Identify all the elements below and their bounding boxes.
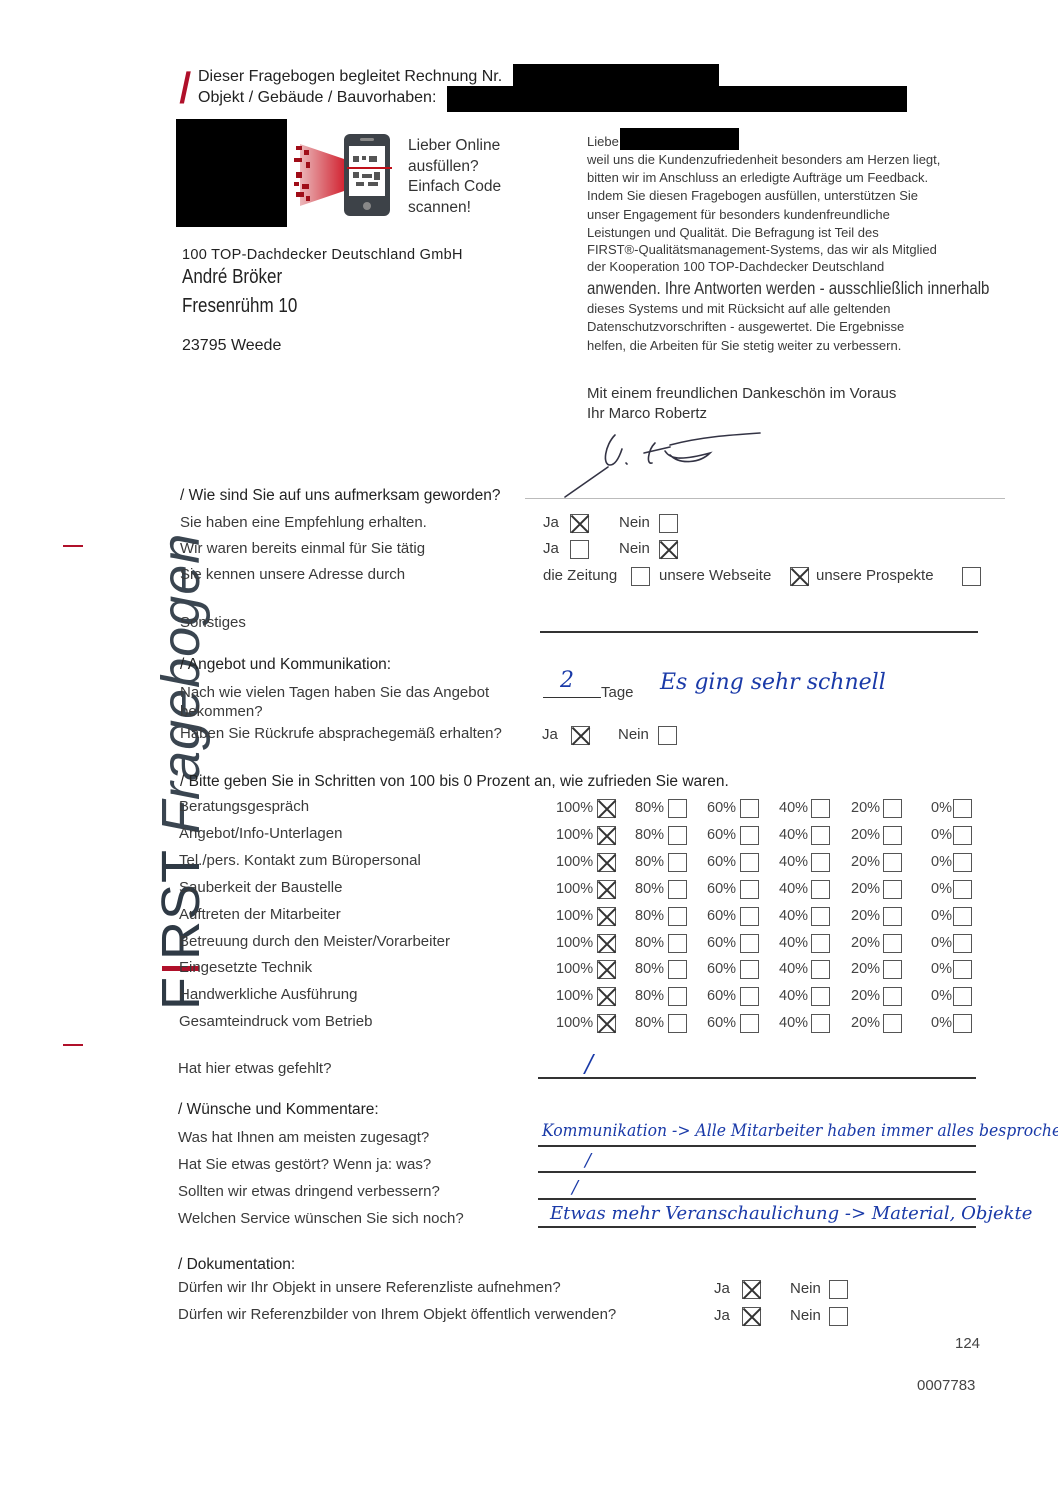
q-callback-ja-label: Ja [542, 726, 558, 743]
rating-checkbox[interactable] [883, 960, 902, 979]
rating-scale-label: 60% [707, 881, 736, 897]
letter-line: der Kooperation 100 TOP-Dachdecker Deuts… [587, 258, 997, 276]
rating-scale-label: 80% [635, 961, 664, 977]
rating-scale-label: 100% [556, 1015, 593, 1031]
rating-checkbox[interactable] [883, 907, 902, 926]
q-improve-label: Sollten wir etwas dringend verbessern? [178, 1183, 440, 1200]
rating-scale-label: 100% [556, 935, 593, 951]
q-reference-list-nein-label: Nein [790, 1280, 821, 1297]
rating-scale-label: 60% [707, 800, 736, 816]
rating-scale-label: 0% [931, 854, 952, 870]
rating-scale-label: 0% [931, 800, 952, 816]
rating-scale-label: 100% [556, 827, 593, 843]
rating-scale-label: 0% [931, 988, 952, 1004]
letter-line: helfen, die Arbeiten für Sie stetig weit… [587, 337, 997, 355]
q-callback-ja-checkbox[interactable] [571, 726, 590, 745]
section-title-rating: / Bitte geben Sie in Schritten von 100 b… [180, 773, 729, 791]
rating-scale-label: 0% [931, 961, 952, 977]
rating-row-label: Auftreten der Mitarbeiter [179, 906, 341, 923]
rating-scale-label: 40% [779, 881, 808, 897]
offer-days-comment: Es ging sehr schnell [660, 670, 886, 695]
rating-scale-label: 80% [635, 1015, 664, 1031]
offer-days-input-line [543, 697, 601, 698]
q-recommendation-label: Sie haben eine Empfehlung erhalten. [180, 514, 427, 531]
rating-checkbox[interactable] [883, 934, 902, 953]
q-reference-images-ja-label: Ja [714, 1307, 730, 1324]
rating-scale-label: 60% [707, 961, 736, 977]
sidebar-marker-top [63, 545, 83, 547]
rating-scale-label: 0% [931, 881, 952, 897]
rating-checkbox[interactable] [740, 960, 759, 979]
rating-checkbox[interactable] [953, 960, 972, 979]
q-disturbed-value[interactable]: / [585, 1150, 591, 1171]
rating-checkbox[interactable] [597, 987, 616, 1006]
q-liked-label: Was hat Ihnen am meisten zugesagt? [178, 1129, 429, 1146]
document-number: 0007783 [917, 1377, 975, 1394]
rating-checkbox[interactable] [668, 960, 687, 979]
rating-checkbox[interactable] [740, 826, 759, 845]
rating-checkbox[interactable] [953, 826, 972, 845]
rating-scale-label: 60% [707, 935, 736, 951]
q-service-label: Welchen Service wünschen Sie sich noch? [178, 1210, 464, 1227]
q-prior-work-ja-label: Ja [543, 540, 559, 557]
offer-days-unit: Tage [601, 684, 634, 701]
q-reference-list-label: Dürfen wir Ihr Objekt in unsere Referenz… [178, 1279, 561, 1296]
rating-checkbox[interactable] [668, 907, 687, 926]
rating-checkbox[interactable] [740, 853, 759, 872]
recipient-street: Fresenrühm 10 [182, 295, 297, 318]
rating-scale-label: 40% [779, 935, 808, 951]
rating-scale-label: 40% [779, 827, 808, 843]
q-callback-label: Haben Sie Rückrufe absprachegemäß erhalt… [180, 725, 502, 742]
rating-row-label: Betreuung durch den Meister/Vorarbeiter [179, 933, 450, 950]
rating-scale-label: 20% [851, 854, 880, 870]
rating-scale-label: 60% [707, 827, 736, 843]
rating-row-label: Handwerkliche Ausführung [179, 986, 357, 1003]
q-offer-days-label: Nach wie vielen Tagen haben Sie das Ange… [180, 683, 530, 721]
rating-checkbox[interactable] [953, 853, 972, 872]
rating-checkbox[interactable] [953, 1014, 972, 1033]
service-input-line [538, 1226, 976, 1228]
page-number: 124 [955, 1335, 980, 1352]
q-callback-nein-checkbox[interactable] [658, 726, 677, 745]
rating-scale-label: 20% [851, 935, 880, 951]
q-prior-work-ja-checkbox[interactable] [570, 540, 589, 559]
liked-input-line [538, 1145, 976, 1147]
disturbed-input-line [538, 1171, 976, 1173]
q-improve-value[interactable]: / [572, 1177, 578, 1198]
source-brochures-checkbox[interactable] [962, 567, 981, 586]
object-label: Objekt / Gebäude / Bauvorhaben: [198, 87, 436, 108]
rating-row-label: Tel./pers. Kontakt zum Büropersonal [179, 852, 421, 869]
rating-scale-label: 0% [931, 1015, 952, 1031]
rating-checkbox[interactable] [740, 880, 759, 899]
letter-line: Leistungen und Qualität. Die Befragung i… [587, 224, 997, 242]
q-address-source-label: Sie kennen unsere Adresse durch [180, 566, 405, 583]
q-reference-images-nein-label: Nein [790, 1307, 821, 1324]
rating-scale-label: 40% [779, 854, 808, 870]
letter-line: Indem Sie diesen Fragebogen ausfüllen, u… [587, 187, 997, 205]
sidebar-marker-bottom [63, 1044, 83, 1046]
rating-scale-label: 40% [779, 961, 808, 977]
rating-row-label: Beratungsgespräch [179, 798, 309, 815]
intro-letter: Liebe weil uns die Kundenzufriedenheit b… [587, 133, 997, 355]
rating-checkbox[interactable] [953, 799, 972, 818]
rating-scale-label: 100% [556, 961, 593, 977]
rating-checkbox[interactable] [740, 934, 759, 953]
letter-line: bitten wir im Anschluss an erledigte Auf… [587, 169, 997, 187]
rating-checkbox[interactable] [811, 907, 830, 926]
rating-scale-label: 80% [635, 827, 664, 843]
q-missing-value[interactable]: / [585, 1050, 593, 1078]
rating-checkbox[interactable] [811, 987, 830, 1006]
section-title-docs: / Dokumentation: [178, 1256, 295, 1274]
rating-checkbox[interactable] [597, 1014, 616, 1033]
rating-checkbox[interactable] [597, 907, 616, 926]
rating-scale-label: 100% [556, 881, 593, 897]
rating-checkbox[interactable] [883, 799, 902, 818]
rating-scale-label: 100% [556, 988, 593, 1004]
rating-checkbox[interactable] [740, 987, 759, 1006]
source-newspaper-label: die Zeitung [543, 567, 617, 584]
rating-scale-label: 80% [635, 908, 664, 924]
q-recommendation-ja-checkbox[interactable] [570, 514, 589, 533]
source-website-checkbox[interactable] [790, 567, 809, 586]
rating-checkbox[interactable] [811, 826, 830, 845]
q-prior-work-nein-checkbox[interactable] [659, 540, 678, 559]
rating-scale-label: 60% [707, 854, 736, 870]
qr-text-line: ausfüllen? [408, 157, 501, 178]
q-reference-list-ja-label: Ja [714, 1280, 730, 1297]
header-accent-slash: | [177, 68, 194, 102]
letter-line: anwenden. Ihre Antworten werden - aussch… [587, 276, 989, 300]
missing-input-line [538, 1077, 976, 1079]
rating-scale-label: 40% [779, 1015, 808, 1031]
qr-text-line: Einfach Code [408, 177, 501, 198]
rating-checkbox[interactable] [811, 799, 830, 818]
rating-scale-label: 0% [931, 827, 952, 843]
rating-checkbox[interactable] [953, 907, 972, 926]
offer-days-value[interactable]: 2 [560, 668, 574, 693]
rating-checkbox[interactable] [740, 799, 759, 818]
rating-checkbox[interactable] [668, 880, 687, 899]
qr-text-line: Lieber Online [408, 136, 501, 157]
rating-checkbox[interactable] [597, 826, 616, 845]
redacted-recipient-name [620, 128, 739, 150]
rating-scale-label: 20% [851, 988, 880, 1004]
rating-scale-label: 100% [556, 908, 593, 924]
rating-checkbox[interactable] [883, 880, 902, 899]
rating-scale-label: 20% [851, 827, 880, 843]
rating-scale-label: 80% [635, 854, 664, 870]
q-prior-work-label: Wir waren bereits einmal für Sie tätig [180, 540, 425, 557]
rating-checkbox[interactable] [811, 880, 830, 899]
q-reference-images-label: Dürfen wir Referenzbilder von Ihrem Obje… [178, 1306, 616, 1323]
letter-line: Datenschutzvorschriften - ausgewertet. D… [587, 318, 997, 336]
q-reference-images-ja-checkbox[interactable] [742, 1307, 761, 1326]
section-title-attention: / Wie sind Sie auf uns aufmerksam geword… [180, 487, 501, 505]
rating-row-label: Angebot/Info-Unterlagen [179, 825, 342, 842]
rating-checkbox[interactable] [811, 1014, 830, 1033]
rating-scale-label: 60% [707, 1015, 736, 1031]
rating-scale-label: 80% [635, 988, 664, 1004]
invoice-label: Dieser Fragebogen begleitet Rechnung Nr. [198, 66, 502, 87]
rating-scale-label: 60% [707, 988, 736, 1004]
rating-checkbox[interactable] [883, 1014, 902, 1033]
q-missing-label: Hat hier etwas gefehlt? [178, 1060, 331, 1077]
rating-checkbox[interactable] [811, 934, 830, 953]
q-reference-list-nein-checkbox[interactable] [829, 1280, 848, 1299]
rating-scale-label: 80% [635, 800, 664, 816]
rating-checkbox[interactable] [597, 934, 616, 953]
rating-checkbox[interactable] [740, 907, 759, 926]
q-disturbed-label: Hat Sie etwas gestört? Wenn ja: was? [178, 1156, 431, 1173]
rating-scale-label: 40% [779, 988, 808, 1004]
rating-checkbox[interactable] [597, 853, 616, 872]
rating-checkbox[interactable] [883, 826, 902, 845]
letter-line: dieses Systems und mit Rücksicht auf all… [587, 300, 997, 318]
rating-row-label: Gesamteindruck vom Betrieb [179, 1013, 372, 1030]
rating-scale-label: 20% [851, 881, 880, 897]
rating-checkbox[interactable] [668, 799, 687, 818]
company-name: 100 TOP-Dachdecker Deutschland GmbH [182, 247, 463, 263]
q-reference-list-ja-checkbox[interactable] [742, 1280, 761, 1299]
rating-checkbox[interactable] [953, 880, 972, 899]
q-reference-images-nein-checkbox[interactable] [829, 1307, 848, 1326]
redacted-qr-code [176, 119, 287, 227]
rating-scale-label: 20% [851, 800, 880, 816]
letter-line: FIRST®-Qualitätsmanagement-Systems, das … [587, 242, 997, 258]
rating-scale-label: 100% [556, 800, 593, 816]
redacted-object-name [447, 86, 907, 112]
q-callback-nein-label: Nein [618, 726, 649, 743]
recipient-city: 23795 Weede [182, 337, 281, 355]
rating-row-label: Eingesetzte Technik [179, 959, 312, 976]
rating-checkbox[interactable] [668, 987, 687, 1006]
q-recommendation-nein-checkbox[interactable] [659, 514, 678, 533]
rating-scale-label: 100% [556, 854, 593, 870]
letter-closing: Mit einem freundlichen Dankeschön im Vor… [587, 384, 896, 424]
rating-checkbox[interactable] [668, 853, 687, 872]
section-title-offer: / Angebot und Kommunikation: [180, 656, 391, 674]
other-label: Sonstiges [180, 614, 246, 631]
recipient-name: André Bröker [182, 266, 282, 289]
rating-checkbox[interactable] [953, 987, 972, 1006]
improve-input-line [538, 1198, 976, 1200]
rating-checkbox[interactable] [811, 853, 830, 872]
q-prior-work-nein-label: Nein [619, 540, 650, 557]
rating-checkbox[interactable] [883, 853, 902, 872]
letter-line: weil uns die Kundenzufriedenheit besonde… [587, 151, 997, 169]
rating-scale-label: 20% [851, 1015, 880, 1031]
q-recommendation-nein-label: Nein [619, 514, 650, 531]
q-recommendation-ja-label: Ja [543, 514, 559, 531]
rating-checkbox[interactable] [597, 799, 616, 818]
rating-checkbox[interactable] [668, 934, 687, 953]
rating-checkbox[interactable] [597, 880, 616, 899]
signature [560, 425, 770, 500]
phone-qr-scan-icon [292, 132, 392, 218]
rating-checkbox[interactable] [597, 960, 616, 979]
qr-text-line: scannen! [408, 198, 501, 219]
rating-scale-label: 0% [931, 935, 952, 951]
rating-scale-label: 20% [851, 908, 880, 924]
redacted-invoice-number [513, 64, 719, 88]
source-newspaper-checkbox[interactable] [631, 567, 650, 586]
rating-checkbox[interactable] [668, 826, 687, 845]
rating-checkbox[interactable] [953, 934, 972, 953]
rating-scale-label: 0% [931, 908, 952, 924]
other-input-line[interactable] [540, 631, 978, 633]
rating-scale-label: 60% [707, 908, 736, 924]
source-brochures-label: unsere Prospekte [816, 567, 934, 584]
closing-line: Mit einem freundlichen Dankeschön im Vor… [587, 384, 896, 404]
rating-scale-label: 40% [779, 908, 808, 924]
rating-checkbox[interactable] [668, 1014, 687, 1033]
qr-instruction: Lieber Online ausfüllen? Einfach Code sc… [408, 136, 501, 218]
rating-scale-label: 80% [635, 881, 664, 897]
rating-scale-label: 20% [851, 961, 880, 977]
rating-checkbox[interactable] [811, 960, 830, 979]
rating-checkbox[interactable] [883, 987, 902, 1006]
q-liked-value[interactable]: Kommunikation -> Alle Mitarbeiter haben … [542, 1121, 1058, 1141]
rating-row-label: Sauberkeit der Baustelle [179, 879, 342, 896]
source-website-label: unsere Webseite [659, 567, 771, 584]
rating-checkbox[interactable] [740, 1014, 759, 1033]
rating-scale-label: 80% [635, 935, 664, 951]
signer-name: Ihr Marco Robertz [587, 404, 896, 424]
section-title-wishes: / Wünsche und Kommentare: [178, 1101, 379, 1119]
q-service-value[interactable]: Etwas mehr Veranschaulichung -> Material… [550, 1203, 1032, 1224]
letter-line: unser Engagement für besonders kundenfre… [587, 206, 997, 224]
attention-divider [525, 498, 1005, 499]
rating-scale-label: 40% [779, 800, 808, 816]
